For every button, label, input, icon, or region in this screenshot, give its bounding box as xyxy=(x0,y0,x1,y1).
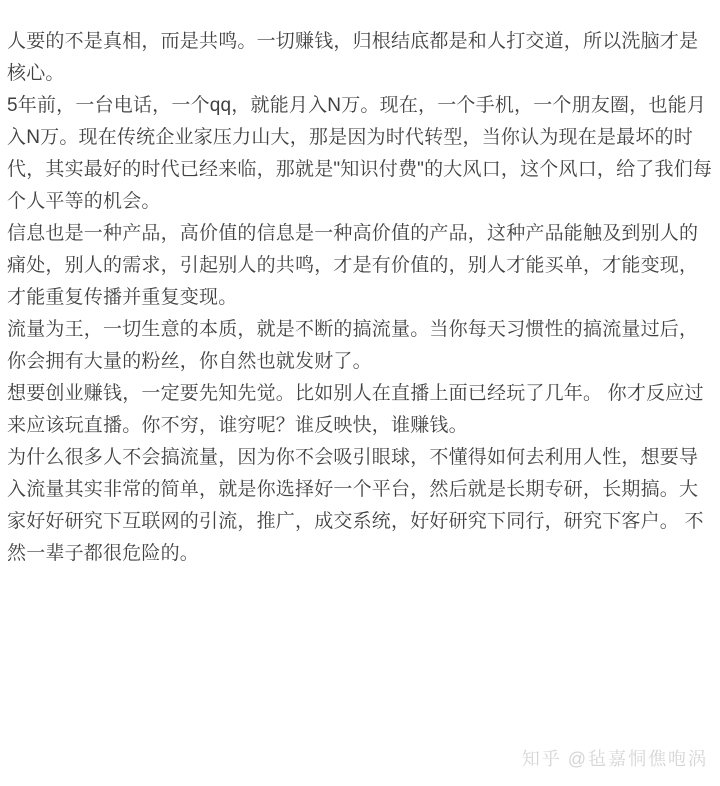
article-body: 人要的不是真相，而是共鸣。一切赚钱，归根结底都是和人打交道，所以洗脑才是核心。 … xyxy=(0,0,720,570)
paragraph-3: 信息也是一种产品，高价值的信息是一种高价值的产品，这种产品能触及到别人的痛处，别… xyxy=(7,218,713,314)
paragraph-2: 5年前，一台电话，一个qq，就能月入N万。现在，一个手机，一个朋友圈，也能月入N… xyxy=(7,90,713,218)
article-screenshot: 人要的不是真相，而是共鸣。一切赚钱，归根结底都是和人打交道，所以洗脑才是核心。 … xyxy=(0,0,720,786)
paragraph-1: 人要的不是真相，而是共鸣。一切赚钱，归根结底都是和人打交道，所以洗脑才是核心。 xyxy=(7,26,713,90)
paragraph-5: 想要创业赚钱，一定要先知先觉。比如别人在直播上面已经玩了几年。 你才反应过 来应… xyxy=(7,378,713,442)
paragraph-6: 为什么很多人不会搞流量，因为你不会吸引眼球，不懂得如何去利用人性，想要导入流量其… xyxy=(7,442,713,570)
paragraph-4: 流量为王，一切生意的本质，就是不断的搞流量。当你每天习惯性的搞流量过后，你会拥有… xyxy=(7,314,713,378)
zhihu-watermark: 知乎@毡嘉恫僬咆涡 xyxy=(522,745,708,771)
watermark-user-handle: @毡嘉恫僬咆涡 xyxy=(568,749,708,769)
watermark-brand-label: 知乎 xyxy=(522,749,562,769)
